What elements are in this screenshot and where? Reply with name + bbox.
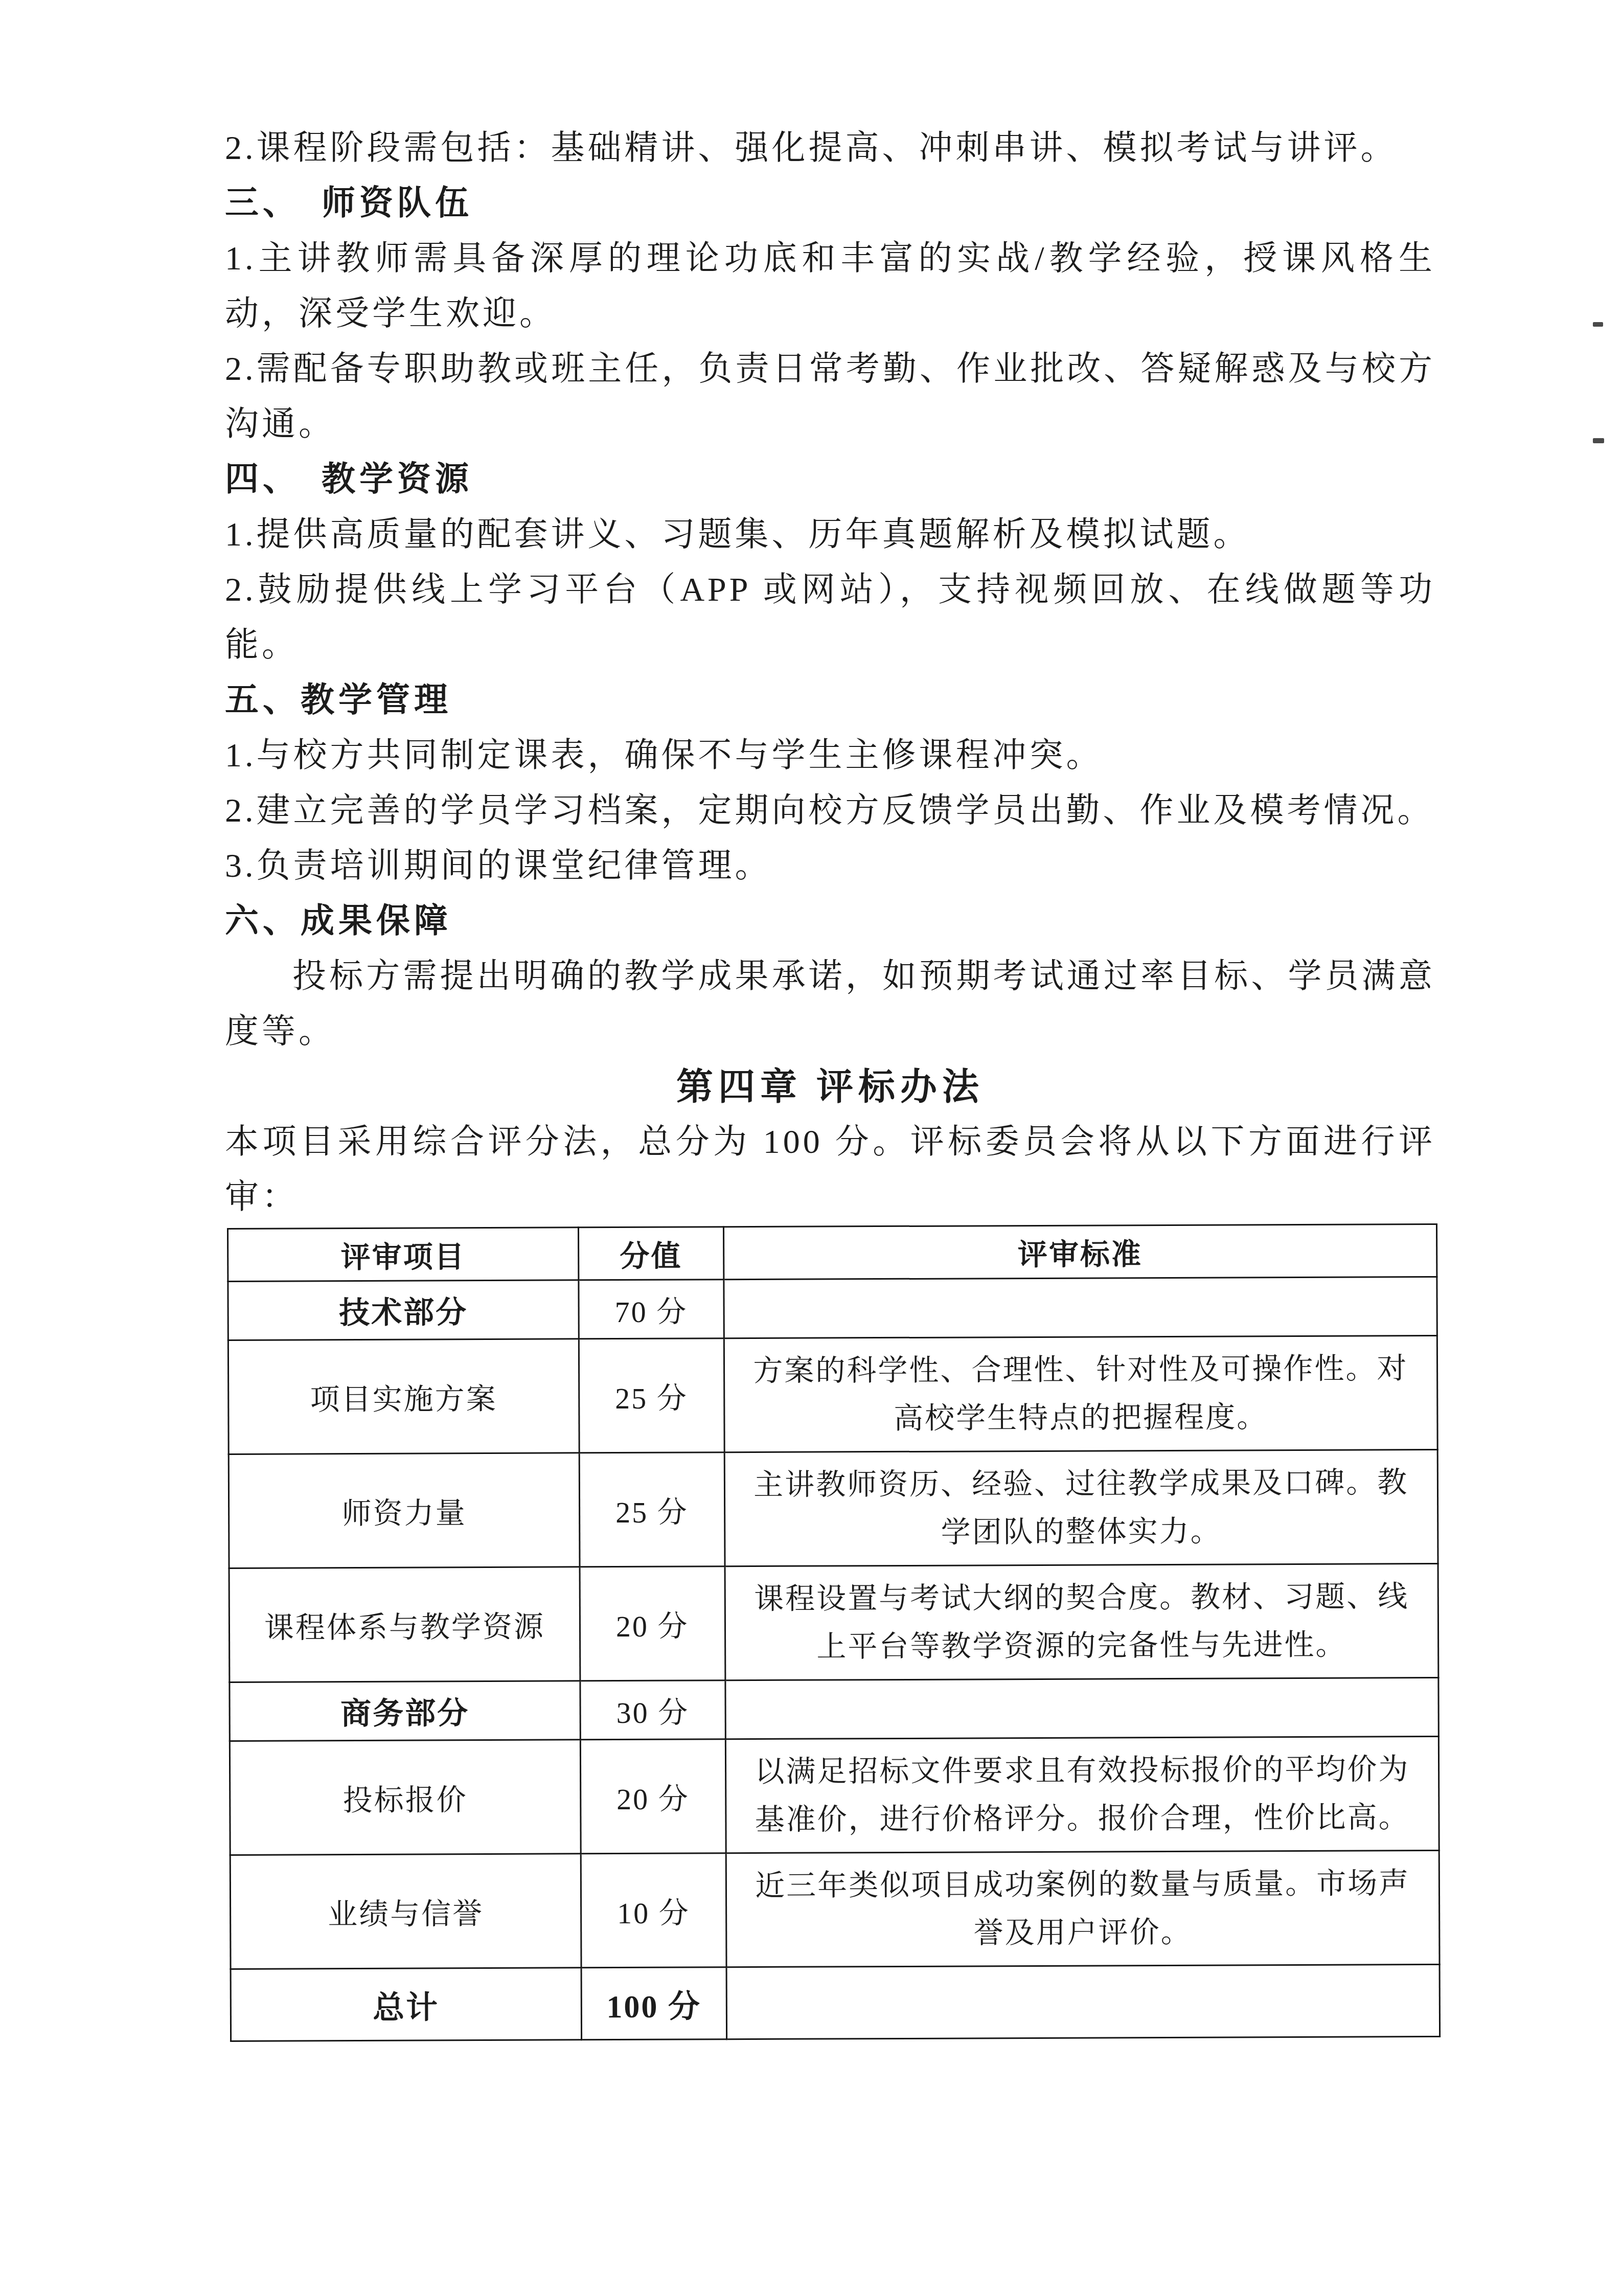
item-cell: 商务部分 bbox=[230, 1681, 580, 1741]
item-cell: 投标报价 bbox=[230, 1740, 581, 1855]
body-paragraph: 2.课程阶段需包括：基础精讲、强化提高、冲刺串讲、模拟考试与讲评。 bbox=[225, 121, 1435, 176]
score-cell: 20 分 bbox=[580, 1566, 725, 1681]
section-heading: 四、 教学资源 bbox=[225, 452, 1435, 507]
table-row: 投标报价20 分以满足招标文件要求且有效投标报价的平均价为基准价，进行价格评分。… bbox=[230, 1736, 1439, 1855]
body-paragraph: 2.建立完善的学员学习档案，定期向校方反馈学员出勤、作业及模考情况。 bbox=[225, 783, 1435, 838]
column-header: 评审项目 bbox=[228, 1227, 579, 1282]
table-header-row: 评审项目分值评审标准 bbox=[228, 1224, 1437, 1281]
section-heading: 五、教学管理 bbox=[225, 673, 1435, 728]
body-paragraph: 投标方需提出明确的教学成果承诺，如预期考试通过率目标、学员满意度等。 bbox=[225, 949, 1435, 1059]
item-cell: 项目实施方案 bbox=[228, 1339, 579, 1454]
item-cell: 总计 bbox=[231, 1968, 581, 2041]
body-paragraph: 2.鼓励提供线上学习平台（APP 或网站），支持视频回放、在线做题等功能。 bbox=[225, 562, 1435, 673]
criteria-cell bbox=[726, 1964, 1440, 2039]
criteria-cell: 方案的科学性、合理性、针对性及可操作性。对高校学生特点的把握程度。 bbox=[724, 1335, 1437, 1452]
body-paragraph: 1.主讲教师需具备深厚的理论功底和丰富的实战/教学经验，授课风格生动，深受学生欢… bbox=[225, 231, 1435, 342]
table-row: 师资力量25 分主讲教师资历、经验、过往教学成果及口碑。教学团队的整体实力。 bbox=[229, 1449, 1438, 1568]
item-cell: 技术部分 bbox=[228, 1280, 579, 1340]
item-cell: 业绩与信誉 bbox=[230, 1854, 581, 1969]
score-cell: 20 分 bbox=[580, 1739, 726, 1854]
table-row: 项目实施方案25 分方案的科学性、合理性、针对性及可操作性。对高校学生特点的把握… bbox=[228, 1335, 1437, 1454]
column-header: 分值 bbox=[578, 1227, 723, 1280]
item-cell: 课程体系与教学资源 bbox=[229, 1567, 580, 1683]
column-header: 评审标准 bbox=[723, 1224, 1437, 1279]
score-cell: 25 分 bbox=[579, 1452, 725, 1567]
scan-artifact-mark bbox=[1593, 438, 1604, 443]
document-page: 2.课程阶段需包括：基础精讲、强化提高、冲刺串讲、模拟考试与讲评。三、 师资队伍… bbox=[0, 0, 1622, 2296]
table-row: 商务部分30 分 bbox=[230, 1677, 1438, 1741]
body-paragraph: 3.负责培训期间的课堂纪律管理。 bbox=[225, 838, 1435, 894]
criteria-cell: 以满足招标文件要求且有效投标报价的平均价为基准价，进行价格评分。报价合理，性价比… bbox=[725, 1736, 1439, 1853]
section-heading: 六、成果保障 bbox=[225, 894, 1435, 949]
table-body: 技术部分70 分项目实施方案25 分方案的科学性、合理性、针对性及可操作性。对高… bbox=[228, 1277, 1440, 2041]
score-cell: 30 分 bbox=[580, 1680, 725, 1740]
body-paragraph: 1.提供高质量的配套讲义、习题集、历年真题解析及模拟试题。 bbox=[225, 507, 1435, 562]
criteria-cell: 主讲教师资历、经验、过往教学成果及口碑。教学团队的整体实力。 bbox=[724, 1449, 1438, 1566]
evaluation-table: 评审项目分值评审标准 技术部分70 分项目实施方案25 分方案的科学性、合理性、… bbox=[227, 1223, 1441, 2042]
chapter-heading: 第四章 评标办法 bbox=[225, 1059, 1435, 1115]
score-cell: 25 分 bbox=[579, 1338, 724, 1453]
body-paragraph: 本项目采用综合评分法，总分为 100 分。评标委员会将从以下方面进行评审： bbox=[225, 1115, 1435, 1225]
score-cell: 100 分 bbox=[581, 1967, 726, 2040]
table-row: 业绩与信誉10 分近三年类似项目成功案例的数量与质量。市场声誉及用户评价。 bbox=[230, 1850, 1440, 1969]
criteria-cell bbox=[725, 1677, 1439, 1739]
criteria-cell: 近三年类似项目成功案例的数量与质量。市场声誉及用户评价。 bbox=[726, 1850, 1440, 1967]
item-cell: 师资力量 bbox=[229, 1453, 580, 1568]
section-heading: 三、 师资队伍 bbox=[225, 176, 1435, 231]
table-row: 课程体系与教学资源20 分课程设置与考试大纲的契合度。教材、习题、线上平台等教学… bbox=[229, 1563, 1438, 1682]
document-text: 2.课程阶段需包括：基础精讲、强化提高、冲刺串讲、模拟考试与讲评。三、 师资队伍… bbox=[225, 121, 1435, 2042]
score-cell: 70 分 bbox=[579, 1280, 724, 1339]
scan-artifact-mark bbox=[1593, 322, 1603, 327]
table-row: 技术部分70 分 bbox=[228, 1277, 1437, 1340]
score-cell: 10 分 bbox=[581, 1853, 726, 1968]
table-row: 总计100 分 bbox=[231, 1964, 1440, 2041]
criteria-cell bbox=[724, 1277, 1437, 1338]
criteria-cell: 课程设置与考试大纲的契合度。教材、习题、线上平台等教学资源的完备性与先进性。 bbox=[725, 1563, 1438, 1680]
table-header: 评审项目分值评审标准 bbox=[228, 1224, 1437, 1281]
body-paragraph: 1.与校方共同制定课表，确保不与学生主修课程冲突。 bbox=[225, 728, 1435, 783]
body-paragraph: 2.需配备专职助教或班主任，负责日常考勤、作业批改、答疑解惑及与校方沟通。 bbox=[225, 342, 1435, 452]
